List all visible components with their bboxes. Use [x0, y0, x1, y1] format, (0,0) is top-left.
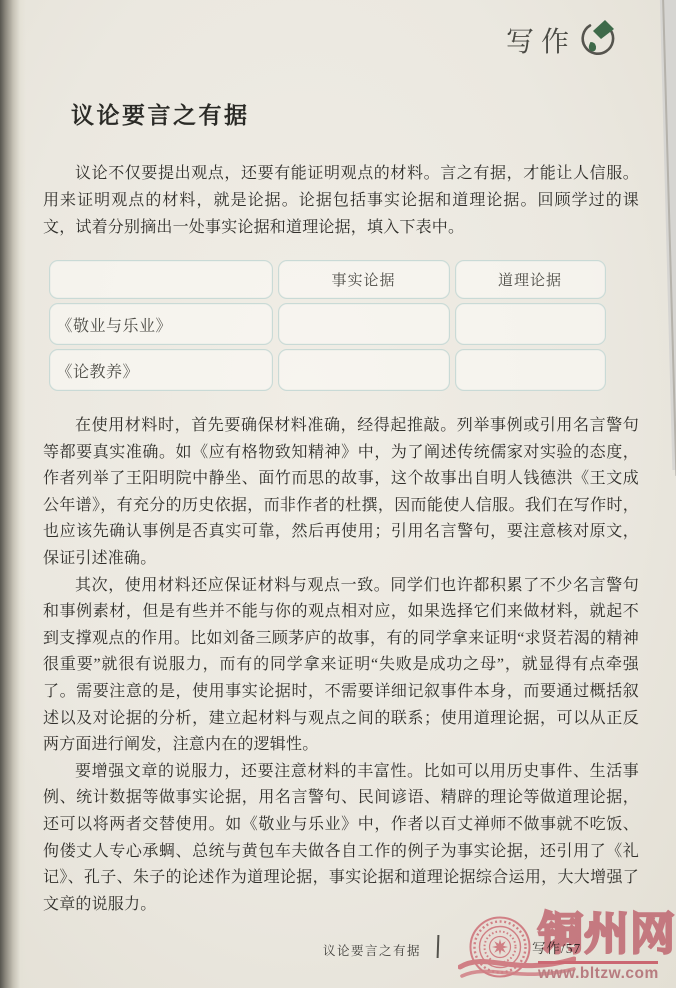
- evidence-table: 事实论据 道理论据 《敬业与乐业》 《论教养》: [46, 258, 608, 393]
- paragraph-consistency: 其次，使用材料还应保证材料与观点一致。同学们也许都积累了不少名言警句和事例素材，…: [43, 573, 639, 759]
- body-paragraphs: 在使用材料时，首先要确保材料准确，经得起推敲。列举事例或引用名言警句等都要真实准…: [43, 413, 639, 918]
- page-title: 议论要言之有据: [71, 97, 250, 130]
- table-row-label: 《敬业与乐业》: [49, 303, 273, 345]
- table-cell-theoretical: [455, 349, 606, 391]
- table-cell-factual: [278, 349, 450, 391]
- table-header-factual: 事实论据: [278, 260, 450, 299]
- paragraph-accuracy: 在使用材料时，首先要确保材料准确，经得起推敲。列举事例或引用名言警句等都要真实准…: [43, 413, 639, 573]
- table-header-empty: [49, 260, 273, 299]
- watermark-site-name: 铜州网: [538, 911, 676, 957]
- intro-paragraph: 议论不仅要提出观点，还要有能证明观点的材料。言之有据，才能让人信服。用来证明观点…: [43, 160, 639, 241]
- section-label: 写作: [506, 20, 576, 60]
- ink-leaf-swoosh-icon: [577, 16, 619, 60]
- watermark-underline: [538, 961, 658, 964]
- table-header-theoretical: 道理论据: [455, 260, 606, 299]
- book-binding-edge: [0, 0, 26, 988]
- footer-chapter-title: 议论要言之有据: [323, 941, 421, 959]
- table-row-label: 《论教养》: [49, 349, 273, 391]
- table-cell-theoretical: [455, 303, 606, 345]
- paragraph-richness: 要增强文章的说服力，还要注意材料的丰富性。比如可以用历史事件、生活事例、统计数据…: [43, 759, 639, 919]
- watermark-site-url: www.bltzw.com: [538, 965, 659, 983]
- site-watermark: 铜州网 www.bltzw.com: [458, 901, 676, 987]
- table-cell-factual: [278, 303, 450, 345]
